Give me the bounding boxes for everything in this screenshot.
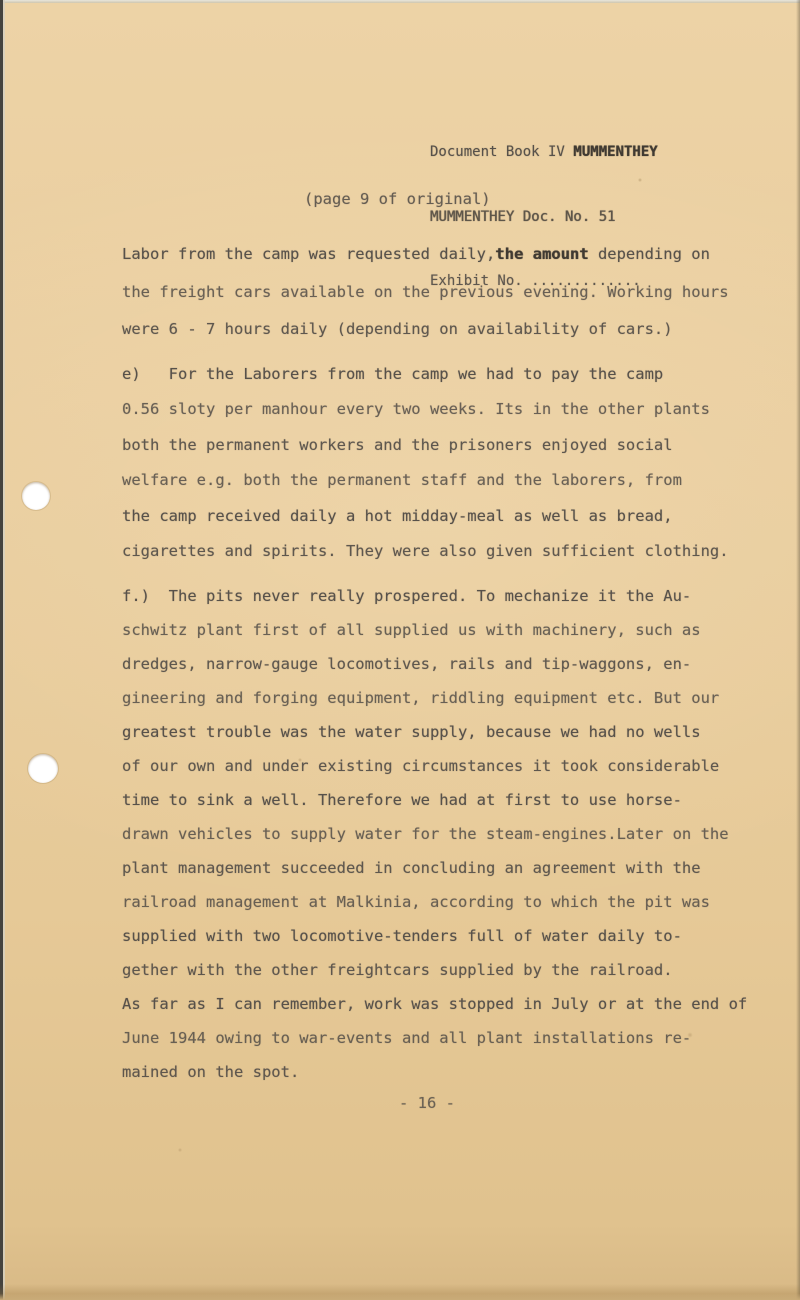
page-top-edge <box>0 0 800 3</box>
typewritten-line: June 1944 owing to war-events and all pl… <box>122 1021 782 1055</box>
line-segment: Labor from the camp was requested daily, <box>122 245 495 263</box>
header-doc-book-text: Document Book IV <box>430 144 573 160</box>
typewritten-line: gether with the other freightcars suppli… <box>122 953 782 987</box>
header-line-doc-book: Document Book IV MUMMENTHEY <box>430 142 658 164</box>
hole-punch-bottom <box>28 754 58 783</box>
typewritten-line: schwitz plant first of all supplied us w… <box>122 613 782 647</box>
document-page: Document Book IV MUMMENTHEY MUMMENTHEY D… <box>0 0 800 1300</box>
typewritten-line: the camp received daily a hot midday-mea… <box>122 499 782 535</box>
page-right-edge <box>796 0 800 1300</box>
typewritten-line: railroad management at Malkinia, accordi… <box>122 885 782 919</box>
typewritten-line: the freight cars available on the previo… <box>122 274 782 312</box>
typewritten-line: drawn vehicles to supply water for the s… <box>122 817 782 851</box>
page-bottom-edge <box>0 1284 800 1300</box>
typewritten-line: As far as I can remember, work was stopp… <box>122 987 782 1021</box>
typewritten-line: welfare e.g. both the permanent staff an… <box>122 463 782 499</box>
typewritten-line: time to sink a well. Therefore we had at… <box>122 783 782 817</box>
typewritten-line: supplied with two locomotive-tenders ful… <box>122 919 782 953</box>
header-defendant-name: MUMMENTHEY <box>573 144 657 160</box>
typewritten-line: f.) The pits never really prospered. To … <box>122 579 782 613</box>
page-left-edge-highlight <box>3 0 5 1300</box>
typewritten-line: both the permanent workers and the priso… <box>122 428 782 464</box>
typewritten-line: cigarettes and spirits. They were also g… <box>122 534 782 570</box>
line-segment-bold: the amount <box>495 245 588 263</box>
header-line-doc-no: MUMMENTHEY Doc. No. 51 <box>430 207 658 229</box>
typewritten-line: Labor from the camp was requested daily,… <box>122 236 782 274</box>
paragraph-intro: Labor from the camp was requested daily,… <box>122 236 782 349</box>
paragraph-f: f.) The pits never really prospered. To … <box>122 579 782 1089</box>
paragraph-e: e) For the Laborers from the camp we had… <box>122 357 782 570</box>
typewritten-line: dredges, narrow-gauge locomotives, rails… <box>122 647 782 681</box>
document-body: Labor from the camp was requested daily,… <box>122 236 782 1089</box>
page-reference: (page 9 of original) <box>304 190 491 208</box>
typewritten-line: 0.56 sloty per manhour every two weeks. … <box>122 392 782 428</box>
line-segment: depending on <box>589 245 710 263</box>
page-number: - 16 - <box>399 1094 455 1112</box>
typewritten-line: mained on the spot. <box>122 1055 782 1089</box>
typewritten-line: greatest trouble was the water supply, b… <box>122 715 782 749</box>
typewritten-line: gineering and forging equipment, riddlin… <box>122 681 782 715</box>
typewritten-line: plant management succeeded in concluding… <box>122 851 782 885</box>
hole-punch-top <box>22 482 50 510</box>
typewritten-line: e) For the Laborers from the camp we had… <box>122 357 782 393</box>
typewritten-line: were 6 - 7 hours daily (depending on ava… <box>122 311 782 349</box>
typewritten-line: of our own and under existing circumstan… <box>122 749 782 783</box>
